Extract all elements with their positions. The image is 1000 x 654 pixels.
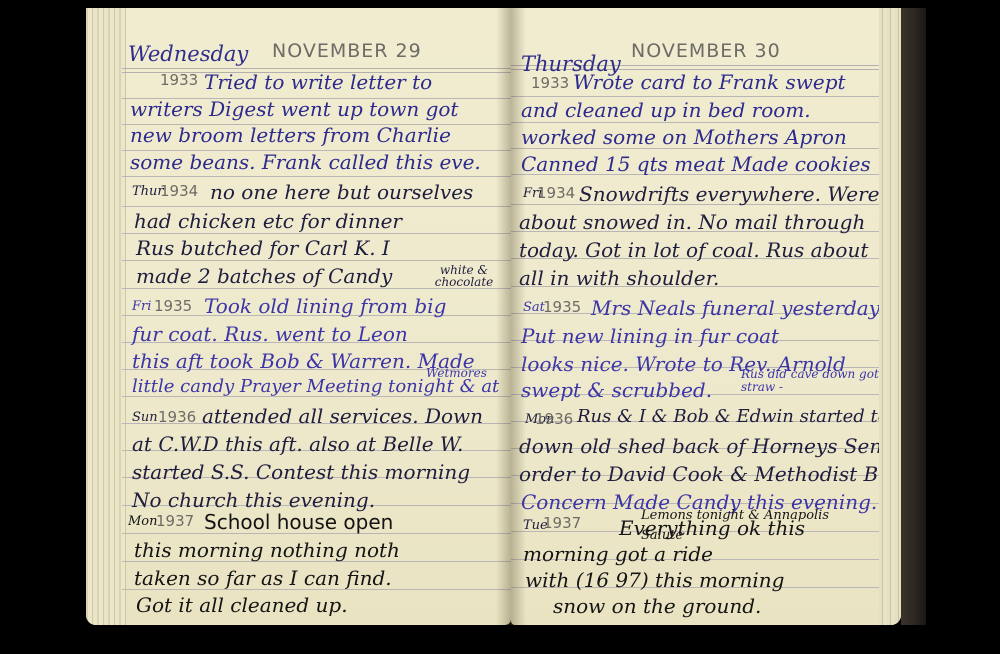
margin-note: Rus did cave down got straw - bbox=[741, 368, 891, 394]
ruled-line bbox=[122, 260, 511, 261]
entry-line: with (16 97) this morning bbox=[525, 568, 784, 592]
entry-line: Canned 15 qts meat Made cookies bbox=[521, 152, 871, 176]
entry-line: morning got a ride bbox=[523, 542, 713, 566]
entry-year: 1935 bbox=[154, 297, 192, 315]
entry-year: 1933 bbox=[160, 71, 198, 89]
entry-line: Put new lining in fur coat bbox=[521, 324, 779, 348]
entry-line: started S.S. Contest this morning bbox=[132, 460, 470, 484]
entry-line: swept & scrubbed. bbox=[521, 378, 712, 402]
entry-year: 1937 bbox=[156, 512, 194, 530]
date-header: NOVEMBER 30 bbox=[631, 40, 781, 62]
diary-spread: Wednesday NOVEMBER 29 1933 Tried to writ… bbox=[86, 8, 926, 625]
day-prefix: Fri bbox=[132, 299, 151, 314]
entry-line: down old shed back of Horneys Sent bbox=[519, 434, 890, 458]
entry-line: this aft took Bob & Warren. Made bbox=[132, 349, 475, 373]
left-page: Wednesday NOVEMBER 29 1933 Tried to writ… bbox=[86, 8, 511, 625]
entry-line: Mrs Neals funeral yesterday bbox=[591, 296, 880, 320]
entry-line: No church this evening. bbox=[132, 488, 375, 512]
book-cover-edge bbox=[901, 8, 926, 625]
day-prefix: Mon bbox=[128, 514, 158, 529]
entry-year: 1935 bbox=[543, 298, 581, 316]
entry-line: attended all services. Down bbox=[202, 404, 483, 428]
book-gutter bbox=[496, 8, 526, 625]
ruled-line bbox=[122, 206, 511, 207]
entry-line: at C.W.D this aft. also at Belle W. bbox=[132, 432, 463, 456]
entry-line: made 2 batches of Candy bbox=[136, 264, 392, 288]
weekday-label: Wednesday bbox=[128, 42, 248, 66]
entry-line: writers Digest went up town got bbox=[130, 97, 458, 121]
ruled-line bbox=[511, 96, 879, 97]
entry-year: 1936 bbox=[158, 408, 196, 426]
entry-line: worked some on Mothers Apron bbox=[521, 125, 847, 149]
entry-line: this morning nothing noth bbox=[134, 538, 400, 562]
entry-line: Everything ok this bbox=[619, 516, 805, 540]
entry-line: Snowdrifts everywhere. Were bbox=[579, 182, 880, 206]
entry-line: Took old lining from big bbox=[204, 294, 446, 318]
entry-line: fur coat. Rus. went to Leon bbox=[132, 322, 408, 346]
entry-year: 1937 bbox=[543, 514, 581, 532]
entry-line: today. Got in lot of coal. Rus about bbox=[519, 238, 868, 262]
entry-line: Tried to write letter to bbox=[204, 70, 432, 94]
entry-year: 1933 bbox=[531, 74, 569, 92]
entry-line: taken so far as I can find. bbox=[134, 566, 392, 590]
entry-line: all in with shoulder. bbox=[519, 266, 719, 290]
ruled-line bbox=[122, 176, 511, 177]
entry-line: Wrote card to Frank swept bbox=[573, 70, 846, 94]
entry-year: 1934 bbox=[537, 184, 575, 202]
entry-line: snow on the ground. bbox=[553, 594, 761, 618]
entry-line: order to David Cook & Methodist Book bbox=[519, 462, 901, 486]
right-page: Thursday NOVEMBER 30 1933 Wrote card to … bbox=[511, 8, 901, 625]
day-prefix: Thur bbox=[132, 184, 164, 199]
entry-year: 1936 bbox=[535, 410, 573, 428]
entry-line: Got it all cleaned up. bbox=[136, 593, 348, 617]
entry-line: and cleaned up in bed room. bbox=[521, 98, 811, 122]
entry-year: 1934 bbox=[160, 182, 198, 200]
day-prefix: Sun bbox=[132, 410, 158, 425]
date-header: NOVEMBER 29 bbox=[272, 40, 422, 62]
margin-note: white & chocolate bbox=[424, 264, 504, 288]
ruled-line bbox=[511, 122, 879, 123]
ruled-line bbox=[122, 233, 511, 234]
entry-line: no one here but ourselves bbox=[210, 180, 473, 204]
entry-line: about snowed in. No mail through bbox=[519, 210, 865, 234]
entry-line: Rus & I & Bob & Edwin started tearing bbox=[577, 406, 901, 427]
entry-line: had chicken etc for dinner bbox=[134, 209, 402, 233]
entry-line: some beans. Frank called this eve. bbox=[130, 150, 481, 174]
margin-note: Wetmores bbox=[426, 366, 487, 380]
entry-line: School house open bbox=[204, 510, 393, 534]
day-prefix: Sat bbox=[523, 300, 545, 315]
entry-line: new broom letters from Charlie bbox=[130, 123, 451, 147]
entry-line: Rus butched for Carl K. I bbox=[136, 236, 390, 260]
